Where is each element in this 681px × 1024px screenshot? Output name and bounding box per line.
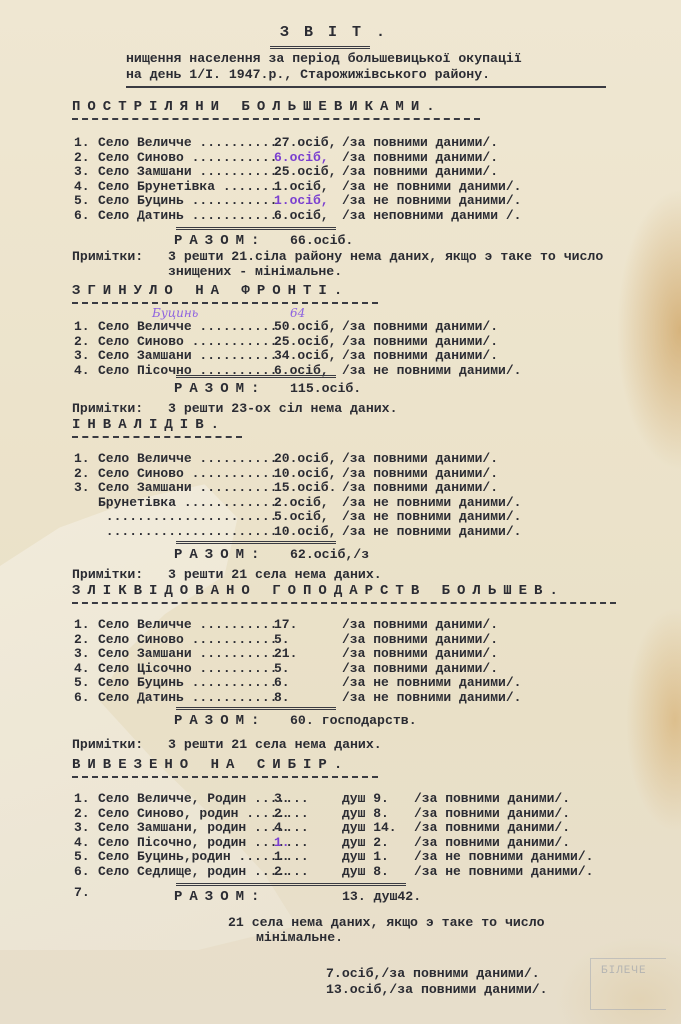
village-name: ...................... bbox=[98, 510, 274, 524]
souls-count: душ 1. bbox=[342, 850, 414, 864]
bottom-line-1: 7.осіб,/за повними даними/. bbox=[326, 967, 540, 981]
count-value: 6.осіб, bbox=[274, 151, 342, 165]
village-name: Село Величче .......... bbox=[98, 618, 274, 632]
village-name: Село Величче .......... bbox=[98, 452, 274, 466]
data-completeness-note: /за повними даними/. bbox=[342, 618, 498, 632]
data-completeness-note: /за повними даними/. bbox=[414, 836, 570, 850]
data-completeness-note: /за не повними даними/. bbox=[342, 496, 521, 510]
table-row: ......................10.осіб,/за не пов… bbox=[74, 525, 521, 539]
total-rule bbox=[176, 883, 406, 886]
table-row: 3.Село Замшани ..........25.осіб,/за пов… bbox=[74, 165, 498, 179]
row-number: 4. bbox=[74, 836, 98, 850]
count-value: 1. bbox=[274, 836, 342, 850]
village-name: Село Замшани .......... bbox=[98, 349, 274, 363]
table-row: 3.Село Замшани ..........34.осіб,/за пов… bbox=[74, 349, 498, 363]
remarks-label: Примітки: bbox=[72, 738, 143, 752]
total-value: 13. душ42. bbox=[342, 890, 421, 904]
row-number: 5. bbox=[74, 850, 98, 864]
row-number: 6. bbox=[74, 209, 98, 223]
data-completeness-note: /за повними даними/. bbox=[342, 349, 498, 363]
count-value: 2. bbox=[274, 865, 342, 879]
village-name: Село Буцинь ........... bbox=[98, 676, 274, 690]
remarks-text: 3 решти 23-ох сіл нема даних. bbox=[168, 402, 398, 416]
remarks-text-cont: знищених - мінімальне. bbox=[168, 265, 342, 279]
table-row: 5.Село Буцинь ...........6./за не повним… bbox=[74, 676, 521, 690]
village-name: ...................... bbox=[98, 525, 274, 539]
remarks-text-cont: мінімальне. bbox=[256, 931, 343, 945]
table-row: 2.Село Синово ...........5./за повними д… bbox=[74, 633, 498, 647]
remarks-text: 21 села нема даних, якщо э таке то число bbox=[228, 916, 545, 930]
table-row: Брунетівка ............2.осіб,/за не пов… bbox=[74, 496, 521, 510]
row-number bbox=[74, 496, 98, 510]
data-completeness-note: /за повними даними/. bbox=[342, 647, 498, 661]
village-name: Село Брунетівка ....... bbox=[98, 180, 274, 194]
village-name: Село Буцинь,родин ......... bbox=[98, 850, 274, 864]
title-underline bbox=[270, 46, 370, 49]
table-row: 1.Село Величче ..........50.осіб,/за пов… bbox=[74, 320, 498, 334]
row-number: 3. bbox=[74, 821, 98, 835]
total-label: РАЗОМ: bbox=[174, 234, 266, 248]
village-name: Село Пісочно, родин ....... bbox=[98, 836, 274, 850]
row-number: 4. bbox=[74, 180, 98, 194]
count-value: 20.осіб, bbox=[274, 452, 342, 466]
section-header: ЗГИНУЛО НА ФРОНТІ. bbox=[72, 284, 349, 298]
village-name: Село Замшани .......... bbox=[98, 165, 274, 179]
table-row: 2.Село Синово ...........6.осіб,/за повн… bbox=[74, 151, 498, 165]
table-row: 4.Село Брунетівка .......1.осіб,/за не п… bbox=[74, 180, 521, 194]
table-row: 1.Село Величче ..........27.осіб,/за пов… bbox=[74, 136, 498, 150]
subtitle-line-1: нищення населення за період большевицько… bbox=[126, 52, 522, 66]
data-completeness-note: /за повними даними/. bbox=[414, 807, 570, 821]
village-name: Село Датинь ........... bbox=[98, 691, 274, 705]
village-name: Брунетівка ............ bbox=[98, 496, 274, 510]
row-number: 2. bbox=[74, 467, 98, 481]
village-name: Село Синово, родин ........ bbox=[98, 807, 274, 821]
table-row: 6.Село Седлище, родин .......2.душ 8./за… bbox=[74, 865, 593, 879]
handwritten-annotation: Буцинь bbox=[152, 306, 198, 320]
section-header-underline bbox=[72, 436, 242, 438]
faded-stamp: БІЛЕЧЕ bbox=[590, 958, 666, 1010]
data-completeness-note: /за не повними даними/. bbox=[342, 364, 521, 378]
section-header-underline bbox=[72, 118, 480, 120]
data-completeness-note: /за не повними даними/. bbox=[342, 691, 521, 705]
row-number: 7. bbox=[74, 886, 90, 900]
count-value: 5.осіб, bbox=[274, 510, 342, 524]
table-row: 1.Село Величче ..........17./за повними … bbox=[74, 618, 498, 632]
subtitle-underline bbox=[126, 86, 606, 88]
count-value: 5. bbox=[274, 633, 342, 647]
remarks-text: 3 решти 21 села нема даних. bbox=[168, 738, 382, 752]
total-rule bbox=[176, 375, 336, 378]
section-header: ВИВЕЗЕНО НА СИБІР. bbox=[72, 758, 349, 772]
data-completeness-note: /за повними даними/. bbox=[342, 662, 498, 676]
count-value: 5. bbox=[274, 662, 342, 676]
village-name: Село Замшани .......... bbox=[98, 647, 274, 661]
count-value: 2.осіб, bbox=[274, 496, 342, 510]
row-number: 1. bbox=[74, 618, 98, 632]
count-value: 4. bbox=[274, 821, 342, 835]
row-number: 3. bbox=[74, 349, 98, 363]
souls-count: душ 14. bbox=[342, 821, 414, 835]
count-value: 17. bbox=[274, 618, 342, 632]
row-number: 2. bbox=[74, 807, 98, 821]
count-value: 6.осіб, bbox=[274, 209, 342, 223]
row-number: 6. bbox=[74, 691, 98, 705]
section-header: ІНВАЛІДІВ. bbox=[72, 418, 226, 432]
data-completeness-note: /за не повними даними/. bbox=[342, 676, 521, 690]
data-completeness-note: /за повними даними/. bbox=[342, 335, 498, 349]
data-completeness-note: /за повними даними/. bbox=[342, 136, 498, 150]
section-header: ЗЛІКВІДОВАНО ГОПОДАРСТВ БОЛЬШЕВ. bbox=[72, 584, 565, 598]
village-name: Село Датинь ........... bbox=[98, 209, 274, 223]
data-completeness-note: /за повними даними/. bbox=[342, 481, 498, 495]
data-completeness-note: /за не повними даними/. bbox=[342, 194, 521, 208]
village-name: Село Замшани, родин ....... bbox=[98, 821, 274, 835]
total-label: РАЗОМ: bbox=[174, 548, 266, 562]
section-header: ПОСТРІЛЯНИ БОЛЬШЕВИКАМИ. bbox=[72, 100, 442, 114]
count-value: 21. bbox=[274, 647, 342, 661]
souls-count: душ 8. bbox=[342, 807, 414, 821]
count-value: 2. bbox=[274, 807, 342, 821]
row-number bbox=[74, 510, 98, 524]
table-row: 2.Село Синово ...........25.осіб,/за пов… bbox=[74, 335, 498, 349]
table-row: 3.Село Замшани, родин .......4.душ 14./з… bbox=[74, 821, 570, 835]
data-completeness-note: /за повними даними/. bbox=[342, 165, 498, 179]
remarks-label: Примітки: bbox=[72, 568, 143, 582]
data-completeness-note: /за не повними даними/. bbox=[414, 850, 593, 864]
document-title: З В І Т . bbox=[280, 26, 388, 40]
table-row: 5.Село Буцинь,родин .........1.душ 1./за… bbox=[74, 850, 593, 864]
row-number: 5. bbox=[74, 194, 98, 208]
data-completeness-note: /за неповними даними /. bbox=[342, 209, 521, 223]
section-header-underline bbox=[72, 302, 378, 304]
village-name: Село Величче, Родин ....... bbox=[98, 792, 274, 806]
table-row: 4.Село Цісочно ..........5./за повними д… bbox=[74, 662, 498, 676]
table-row: 1.Село Величче, Родин .......3.душ 9./за… bbox=[74, 792, 570, 806]
total-value: 60. господарств. bbox=[290, 714, 417, 728]
village-name: Село Величче .......... bbox=[98, 320, 274, 334]
row-number bbox=[74, 525, 98, 539]
table-row: 2.Село Синово, родин ........2.душ 8./за… bbox=[74, 807, 570, 821]
row-number: 2. bbox=[74, 335, 98, 349]
remarks-text: 3 решти 21.сіла району нема даних, якщо … bbox=[168, 250, 603, 264]
data-completeness-note: /за повними даними/. bbox=[342, 633, 498, 647]
village-name: Село Синово ........... bbox=[98, 335, 274, 349]
remarks-label: Примітки: bbox=[72, 250, 143, 264]
count-value: 27.осіб, bbox=[274, 136, 342, 150]
count-value: 3. bbox=[274, 792, 342, 806]
row-number: 5. bbox=[74, 676, 98, 690]
total-rule bbox=[176, 541, 336, 544]
table-row: 2.Село Синово ...........10.осіб,/за пов… bbox=[74, 467, 498, 481]
remarks-text: 3 решти 21 села нема даних. bbox=[168, 568, 382, 582]
row-number: 1. bbox=[74, 792, 98, 806]
village-name: Село Замшани .......... bbox=[98, 481, 274, 495]
count-value: 25.осіб, bbox=[274, 165, 342, 179]
row-number: 3. bbox=[74, 647, 98, 661]
souls-count: душ 8. bbox=[342, 865, 414, 879]
count-value: 1.осіб, bbox=[274, 194, 342, 208]
table-row: 3.Село Замшани ..........15.осіб./за пов… bbox=[74, 481, 498, 495]
data-completeness-note: /за повними даними/. bbox=[342, 151, 498, 165]
village-name: Село Синово ........... bbox=[98, 151, 274, 165]
bottom-line-2: 13.осіб,/за повними даними/. bbox=[326, 983, 548, 997]
count-value: 6. bbox=[274, 676, 342, 690]
count-value: 10.осіб, bbox=[274, 467, 342, 481]
table-row: 5.Село Буцинь ...........1.осіб,/за не п… bbox=[74, 194, 521, 208]
village-name: Село Синово ........... bbox=[98, 633, 274, 647]
count-value: 15.осіб. bbox=[274, 481, 342, 495]
total-value: 62.осіб,/з bbox=[290, 548, 369, 562]
count-value: 25.осіб, bbox=[274, 335, 342, 349]
total-label: РАЗОМ: bbox=[174, 890, 266, 904]
remarks-label: Примітки: bbox=[72, 402, 143, 416]
row-number: 1. bbox=[74, 320, 98, 334]
row-number: 2. bbox=[74, 633, 98, 647]
count-value: 10.осіб, bbox=[274, 525, 342, 539]
row-number: 1. bbox=[74, 136, 98, 150]
data-completeness-note: /за не повними даними/. bbox=[342, 510, 521, 524]
row-number: 2. bbox=[74, 151, 98, 165]
village-name: Село Цісочно .......... bbox=[98, 662, 274, 676]
table-row: 4.Село Пісочно, родин .......1.душ 2./за… bbox=[74, 836, 570, 850]
row-number: 4. bbox=[74, 364, 98, 378]
row-number: 1. bbox=[74, 452, 98, 466]
count-value: 1. bbox=[274, 850, 342, 864]
data-completeness-note: /за не повними даними/. bbox=[342, 525, 521, 539]
data-completeness-note: /за повними даними/. bbox=[414, 792, 570, 806]
table-row: 1.Село Величче ..........20.осіб,/за пов… bbox=[74, 452, 498, 466]
souls-count: душ 2. bbox=[342, 836, 414, 850]
total-label: РАЗОМ: bbox=[174, 382, 266, 396]
village-name: Село Синово ........... bbox=[98, 467, 274, 481]
row-number: 4. bbox=[74, 662, 98, 676]
count-value: 1.осіб, bbox=[274, 180, 342, 194]
total-label: РАЗОМ: bbox=[174, 714, 266, 728]
count-value: 8. bbox=[274, 691, 342, 705]
total-rule bbox=[176, 707, 336, 710]
village-name: Село Седлище, родин ....... bbox=[98, 865, 274, 879]
count-value: 50.осіб, bbox=[274, 320, 342, 334]
table-row: ......................5.осіб,/за не повн… bbox=[74, 510, 521, 524]
data-completeness-note: /за повними даними/. bbox=[342, 467, 498, 481]
table-row: 6.Село Датинь ...........8./за не повним… bbox=[74, 691, 521, 705]
row-number: 3. bbox=[74, 481, 98, 495]
total-value: 66.осіб. bbox=[290, 234, 353, 248]
data-completeness-note: /за не повними даними/. bbox=[342, 180, 521, 194]
table-row: 3.Село Замшани ..........21./за повними … bbox=[74, 647, 498, 661]
souls-count: душ 9. bbox=[342, 792, 414, 806]
data-completeness-note: /за повними даними/. bbox=[342, 452, 498, 466]
table-row: 6.Село Датинь ...........6.осіб,/за непо… bbox=[74, 209, 521, 223]
handwritten-annotation: 64 bbox=[290, 306, 305, 320]
village-name: Село Величче .......... bbox=[98, 136, 274, 150]
count-value: 34.осіб, bbox=[274, 349, 342, 363]
total-rule bbox=[176, 227, 336, 230]
data-completeness-note: /за повними даними/. bbox=[342, 320, 498, 334]
section-header-underline bbox=[72, 776, 378, 778]
row-number: 6. bbox=[74, 865, 98, 879]
subtitle-line-2: на день 1/І. 1947.р., Старожижівського р… bbox=[126, 68, 490, 82]
section-header-underline bbox=[72, 602, 616, 604]
row-number: 3. bbox=[74, 165, 98, 179]
data-completeness-note: /за не повними даними/. bbox=[414, 865, 593, 879]
total-value: 115.осіб. bbox=[290, 382, 361, 396]
data-completeness-note: /за повними даними/. bbox=[414, 821, 570, 835]
village-name: Село Буцинь ........... bbox=[98, 194, 274, 208]
